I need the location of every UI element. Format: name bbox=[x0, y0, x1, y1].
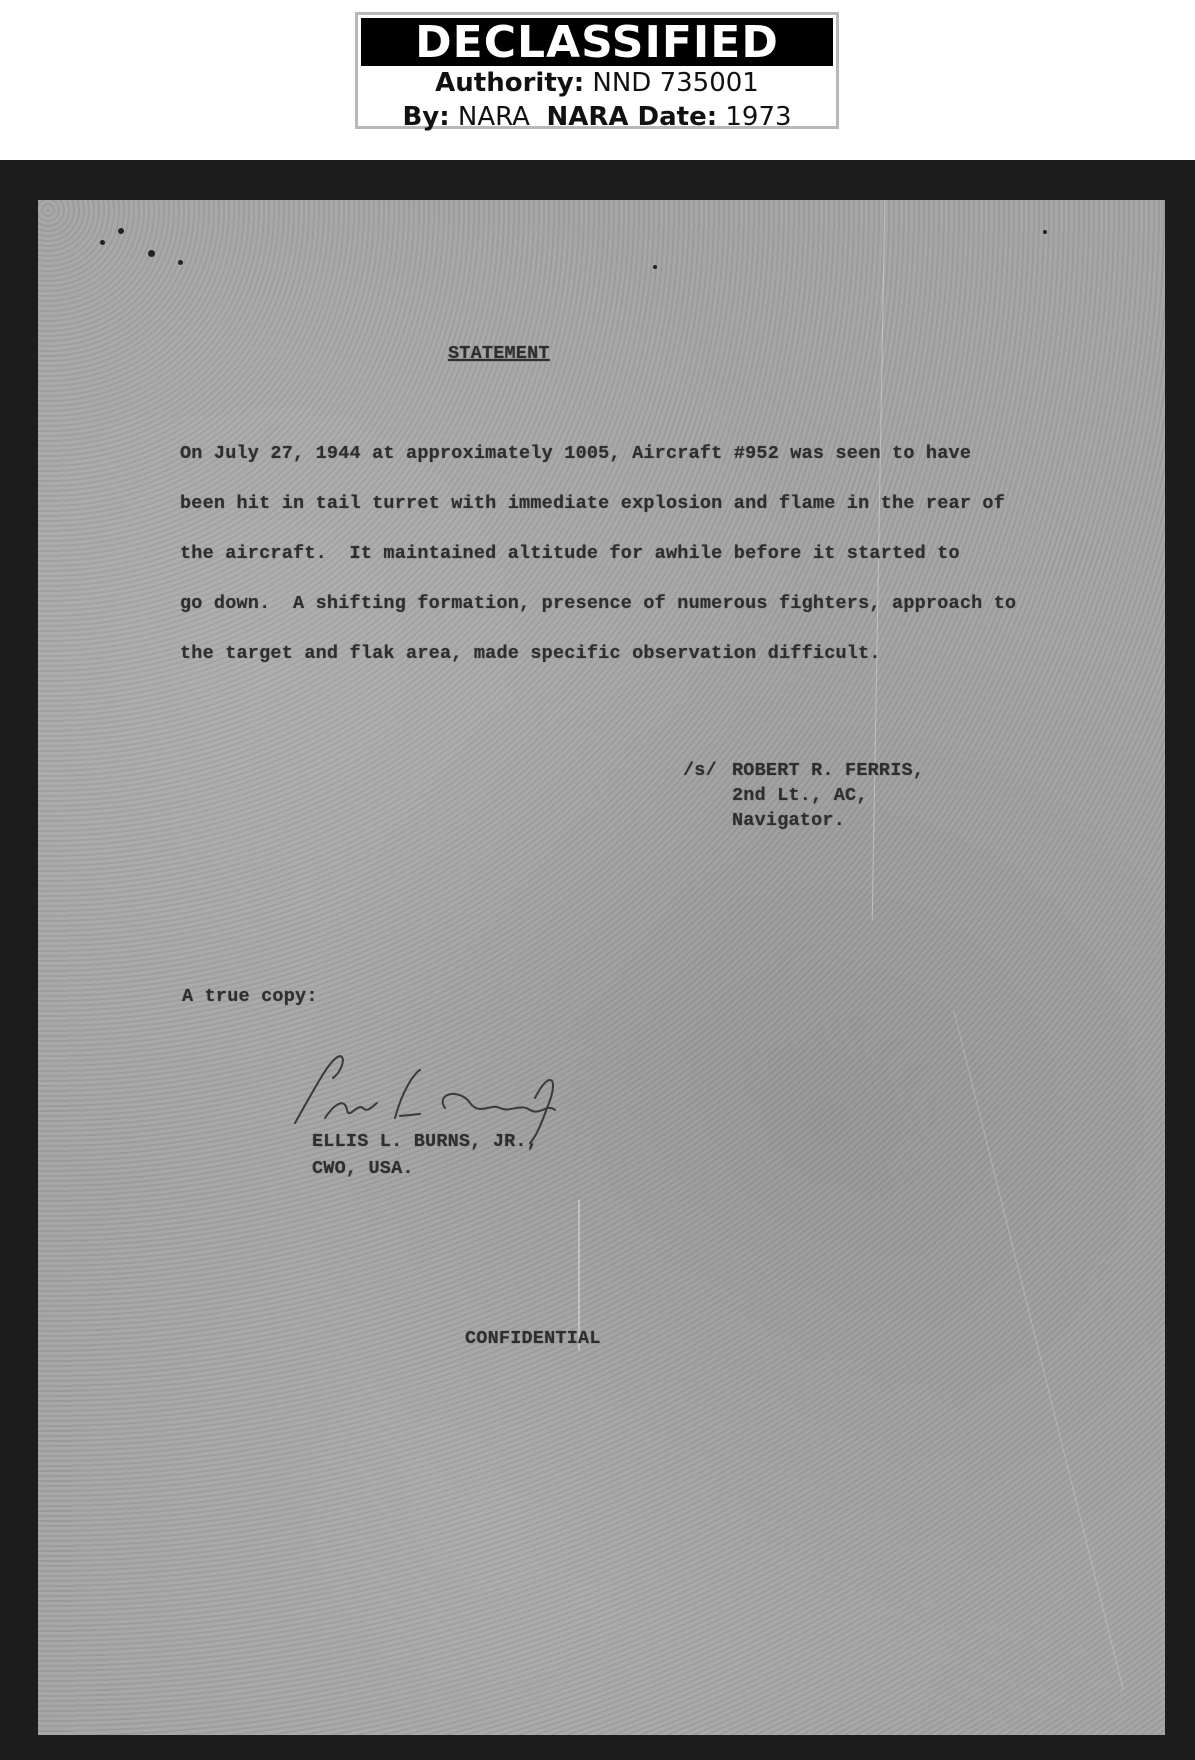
by-value: NARA bbox=[458, 102, 530, 132]
stamp-by-line: By: NARA NARA Date: 1973 bbox=[358, 100, 836, 134]
true-copy-label: A true copy: bbox=[182, 986, 318, 1007]
statement-heading: STATEMENT bbox=[448, 343, 550, 364]
dust-speck bbox=[148, 250, 155, 257]
dust-speck bbox=[1043, 230, 1047, 234]
signer-name: ROBERT R. FERRIS, bbox=[732, 760, 924, 781]
signature-prefix: /s/ bbox=[683, 760, 717, 781]
body-line: the target and flak area, made specific … bbox=[180, 643, 881, 664]
body-line: been hit in tail turret with immediate e… bbox=[180, 493, 1005, 514]
stamp-authority-line: Authority: NND 735001 bbox=[358, 66, 836, 100]
document-page bbox=[38, 200, 1165, 1735]
certifier-name: ELLIS L. BURNS, JR., bbox=[312, 1131, 538, 1152]
dust-speck bbox=[118, 228, 124, 234]
dust-speck bbox=[178, 260, 183, 265]
stamp-title: DECLASSIFIED bbox=[361, 18, 833, 66]
scan-frame bbox=[0, 160, 1195, 1760]
body-line: go down. A shifting formation, presence … bbox=[180, 593, 1016, 614]
signer-role: Navigator. bbox=[732, 810, 845, 831]
by-label: By: bbox=[402, 102, 449, 132]
body-line: On July 27, 1944 at approximately 1005, … bbox=[180, 443, 971, 464]
authority-value: NND 735001 bbox=[592, 68, 758, 98]
date-label: NARA Date: bbox=[546, 102, 717, 132]
declassified-stamp: DECLASSIFIED Authority: NND 735001 By: N… bbox=[355, 12, 839, 129]
scan-scratch bbox=[953, 1010, 1123, 1689]
classification-marking: CONFIDENTIAL bbox=[465, 1328, 601, 1349]
authority-label: Authority: bbox=[435, 68, 584, 98]
body-line: the aircraft. It maintained altitude for… bbox=[180, 543, 960, 564]
dust-speck bbox=[100, 240, 105, 245]
certifier-title: CWO, USA. bbox=[312, 1158, 414, 1179]
signer-rank: 2nd Lt., AC, bbox=[732, 785, 868, 806]
dust-speck bbox=[653, 265, 657, 269]
date-value: 1973 bbox=[725, 102, 791, 132]
